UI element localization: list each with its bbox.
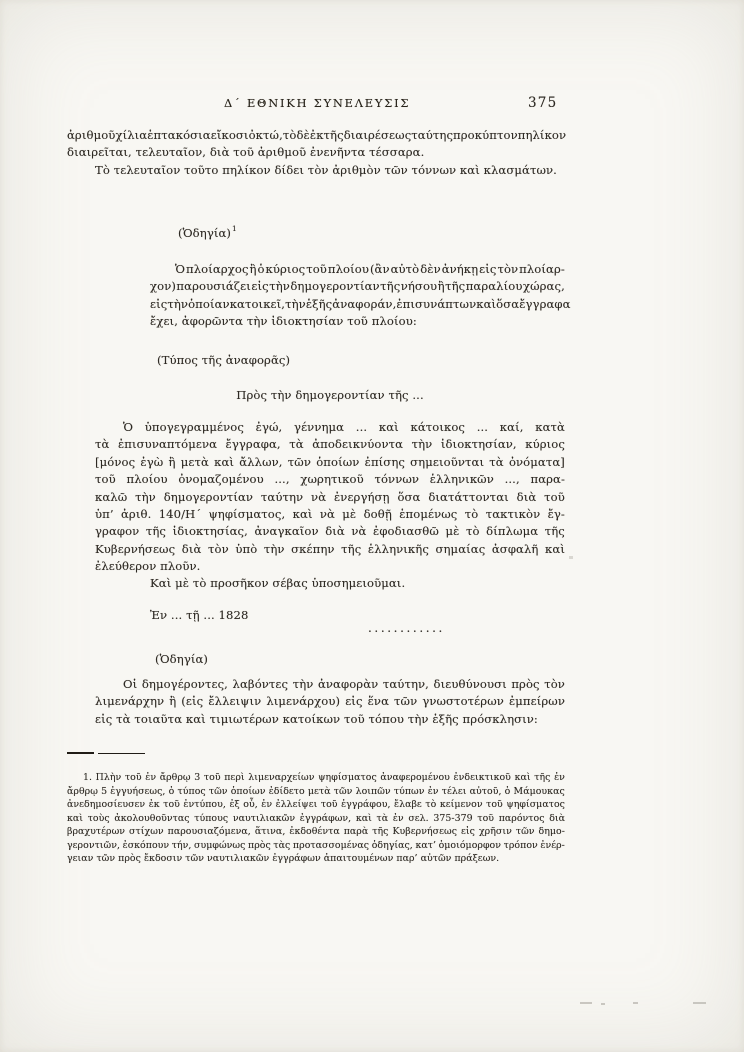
text-line: [μόνοςἐγὼἢμετὰκαὶἄλλων,τῶνὁποίωνἐπίσηςση…: [95, 454, 565, 471]
scan-artifact: [569, 556, 573, 559]
text-line: ὑπ’ἀριθ.140/Η΄ψηφίσματος,καὶνὰμὲδοθῇἑπομ…: [95, 506, 565, 523]
text-line: τὰἐπισυναπτόμεναἔγγραφα,τὰἀποδεικνύοντατ…: [95, 436, 565, 453]
text-line: καὶτοὺςἀκολουθοῦνταςτύπουςναυτιλιακῶνἐγγ…: [67, 812, 565, 826]
text-line: ἀνεδημοσίευσενἐκτοῦἐντύπου,ἐξοὗ,ἐνἐλλείψ…: [67, 798, 565, 812]
text-line: Τὸ τελευταῖον τοῦτο πηλίκον δίδει τὸν ἀρ…: [95, 162, 565, 179]
scanned-book-page: Δ΄ ΕΘΝΙΚΗ ΣΥΝΕΛΕΥΣΙΣ 375 ἀριθμοῦχίλιαἑπτ…: [0, 0, 744, 1052]
elders-instruction-paragraph: Οἱδημογέροντες,λαβόντεςτὴνἀναφορὰνταύτην…: [95, 676, 565, 728]
text-line: τοῦπλοίουὀνομαζομένου...,χωρητικοῦτόννων…: [95, 471, 565, 488]
text-line: Οἱδημογέροντες,λαβόντεςτὴνἀναφορὰνταύτην…: [123, 676, 565, 693]
report-salutation-line: Πρὸς τὴν δημογεροντίαν τῆς ...: [95, 388, 565, 402]
report-closing-line: Καὶ μὲ τὸ προσῆκον σέβας ὑποσημειοῦμαι.: [150, 576, 405, 590]
text-line: εἰςτὴνὁποίανκατοικεῖ,τὴνἑξῆςἀναφοράν,ἐπι…: [150, 296, 565, 313]
text-line: λιμενάρχηνἢ(εἰςἔλλειψινλιμενάρχου)εἰςἕνα…: [95, 693, 565, 710]
text-line: ἐλεύθερον πλοῦν.: [95, 558, 565, 575]
text-line: ἀριθμοῦχίλιαἑπτακόσιαεἴκοσιὀκτώ,τὸδὲἐκτῆ…: [67, 127, 565, 144]
captain-instruction-paragraph: Ὁπλοίαρχοςἢὁκύριοςτοῦπλοίου(ἂναὐτὸδὲνἀνή…: [150, 261, 565, 331]
intro-paragraph-continuation: ἀριθμοῦχίλιαἑπτακόσιαεἴκοσιὀκτώ,τὸδὲἐκτῆ…: [67, 127, 565, 162]
report-form-heading: (Τύπος τῆς ἀναφορᾶς): [157, 353, 290, 367]
text-line: 1.Πλὴντοῦἐνἄρθρῳ3τοῦπερὶλιμεναρχείωνψηφί…: [83, 771, 565, 785]
text-line: Ὁπλοίαρχοςἢὁκύριοςτοῦπλοίου(ἂναὐτὸδὲνἀνή…: [175, 261, 565, 278]
scan-artifact: [601, 1003, 605, 1005]
page-number: 375: [528, 95, 557, 111]
running-header-title: Δ΄ ΕΘΝΙΚΗ ΣΥΝΕΛΕΥΣΙΣ: [224, 96, 410, 110]
footnote-text: 1.Πλὴντοῦἐνἄρθρῳ3τοῦπερὶλιμεναρχείωνψηφί…: [67, 771, 565, 866]
text-line: καλῶτὴνδημογεροντίανταύτηννὰἐνεργήσῃὅσαδ…: [95, 489, 565, 506]
footnote-separator-rule: [67, 752, 94, 754]
text-line: εἰς τὰ τοιαῦτα καὶ τιμιωτέρων κατοίκων τ…: [95, 711, 565, 728]
text-line: ἄρθρῳ5ἐγγυήσεως,ὁτύποςτῶνὁποίωνἐδίδετομε…: [67, 785, 565, 799]
intro-paragraph-2: Τὸ τελευταῖον τοῦτο πηλίκον δίδει τὸν ἀρ…: [67, 162, 565, 179]
footnote-separator-rule: [98, 753, 145, 755]
text-line: γραφοντῆςἰδιοκτησίας,ἀναγκαῖονδιὰνὰἐφοδι…: [95, 523, 565, 540]
text-line: Κυβερνήσεωςδιὰτὸνὑπὸτὴνσκέπηντῆςἑλληνικῆ…: [95, 541, 565, 558]
report-form-body-paragraph: Ὁὑπογεγραμμένοςἐγώ,γέννημα...καὶκάτοικος…: [95, 419, 565, 576]
footnote-reference-mark: 1: [232, 224, 237, 233]
report-date-line: Ἐν ... τῇ ... 1828: [150, 608, 248, 622]
scan-artifact: [633, 1002, 638, 1004]
scan-artifact: [693, 1002, 706, 1004]
odigia-heading-1: (Ὁδηγία)1: [178, 224, 237, 240]
text-line: διαιρεῖται, τελευταῖον, διὰ τοῦ ἀριθμοῦ …: [67, 144, 565, 161]
odigia-heading-2: (Ὁδηγία): [155, 652, 208, 666]
odigia-heading-1-label: (Ὁδηγία): [178, 226, 231, 240]
scan-artifact: [580, 1002, 592, 1004]
text-line: βραχυτέρωνστίχωνπαρουσιαζόμενα,ἅτινα,ἐκδ…: [67, 825, 565, 839]
text-line: ἔχει, ἀφορῶντα τὴν ἰδιοκτησίαν τοῦ πλοίο…: [150, 313, 565, 330]
text-line: γειαν τῶν πρὸς ἔκδοσιν τῶν ναυτιλιακῶν ἐ…: [67, 852, 565, 866]
text-line: γεροντιῶν,ἐσκόπουντήν,συμφώνωςπρὸςτὰςπρο…: [67, 839, 565, 853]
text-line: χον)παρουσιάζειεἰςτὴνδημογεροντίαντῆςνήσ…: [150, 278, 565, 295]
signature-dotted-line: ............: [368, 621, 445, 635]
text-line: Ὁὑπογεγραμμένοςἐγώ,γέννημα...καὶκάτοικος…: [123, 419, 565, 436]
